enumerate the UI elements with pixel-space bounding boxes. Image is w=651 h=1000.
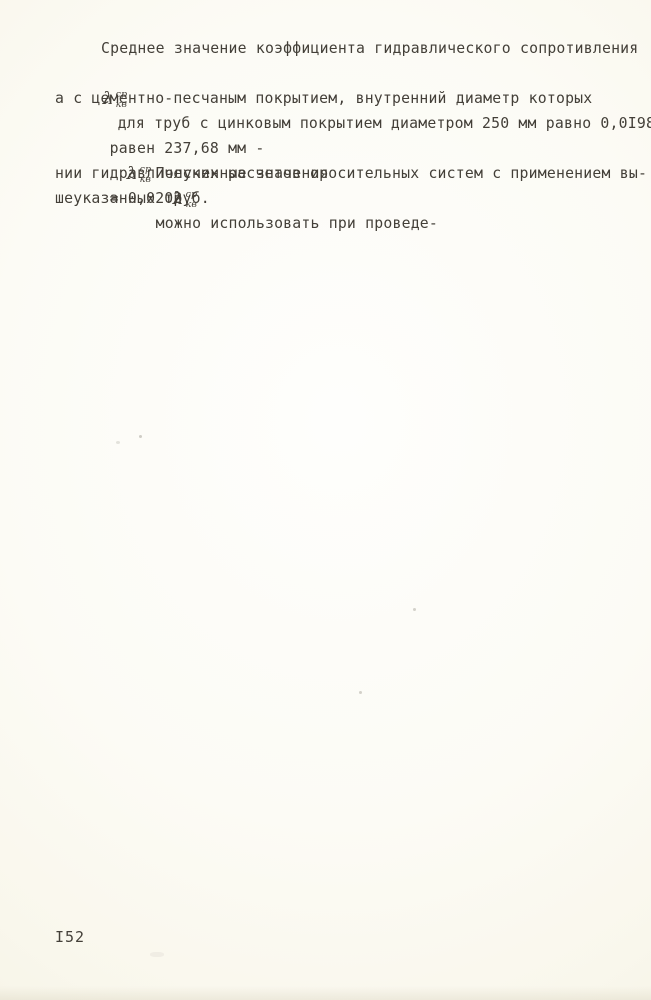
scan-speck [116, 441, 120, 444]
paragraph1-line1: Среднее значение коэффициента гидравличе… [55, 36, 647, 61]
scan-speck [139, 435, 142, 438]
lambda-subscript: кв [140, 175, 151, 185]
paragraph1-line4-text-before: равен 237,68 мм - [110, 140, 265, 157]
lambda-symbol: λ [103, 91, 114, 108]
body-text: Среднее значение коэффициента гидравличе… [55, 36, 647, 211]
page-number: I52 [55, 928, 85, 946]
scan-speck [413, 608, 416, 611]
lambda-symbol: λ [173, 191, 184, 208]
lambda-scripts: ср кв [140, 165, 151, 185]
paragraph1-line3: а с цементно-песчаным покрытием, внутрен… [55, 86, 647, 111]
paragraph2-line3: шеуказанных труб. [55, 186, 647, 211]
scanned-page: Среднее значение коэффициента гидравличе… [0, 0, 651, 1000]
lambda-symbol: λ [127, 166, 138, 183]
lambda-coefficient-formula: λ ср кв [173, 190, 197, 210]
paragraph1-line2-text: для труб с цинковым покрытием диаметром … [118, 115, 651, 132]
lambda-superscript: ср [186, 190, 197, 200]
lambda-subscript: кв [186, 200, 197, 210]
lambda-scripts: ср кв [116, 90, 127, 110]
paragraph1-line2: λ ср кв для труб с цинковым покрытием ди… [48, 61, 647, 86]
page-bottom-edge-shadow [0, 986, 651, 1000]
scan-smudge [150, 952, 164, 957]
lambda-subscript: кв [116, 100, 127, 110]
lambda-superscript: ср [140, 165, 151, 175]
scan-speck [359, 691, 362, 694]
paragraph2-line1-text-after: можно использовать при проведе- [156, 215, 438, 232]
lambda-coefficient-formula: λ ср кв [127, 165, 151, 185]
lambda-superscript: ср [116, 90, 127, 100]
lambda-scripts: ср кв [186, 190, 197, 210]
lambda-coefficient-formula: λ ср кв [103, 90, 127, 110]
